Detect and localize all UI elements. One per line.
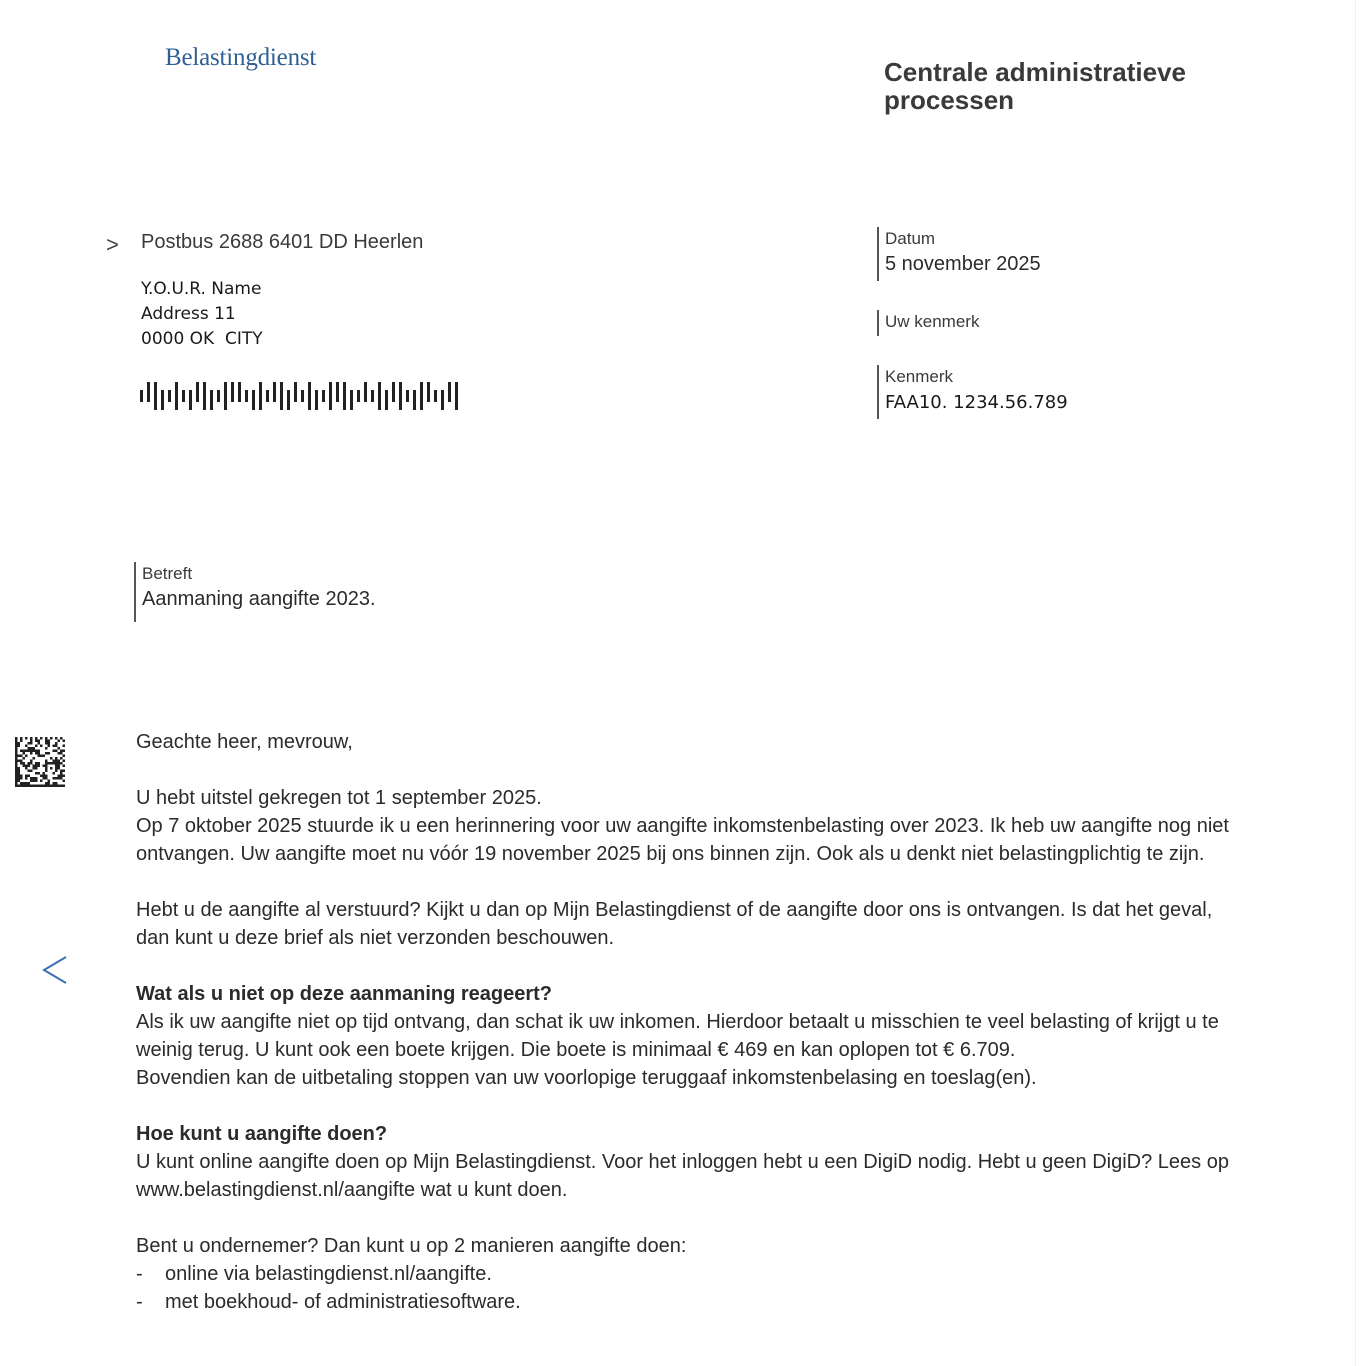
- postal-barcode-icon: [140, 380, 465, 412]
- kenmerk-value: FAA10. 1234.56.789: [885, 389, 1068, 416]
- subject-value: Aanmaning aangifte 2023.: [142, 586, 376, 613]
- scan-edge-line: [1355, 0, 1356, 1366]
- meta-datum: Datum 5 november 2025: [877, 227, 1041, 281]
- subject-label: Betreft: [142, 562, 376, 586]
- department-line-1: Centrale administratieve: [884, 58, 1244, 86]
- salutation: Geachte heer, mevrouw,: [136, 728, 1246, 756]
- fold-mark-chevron-left-icon: [40, 953, 70, 987]
- paragraph-payment-stop: Bovendien kan de uitbetaling stoppen van…: [136, 1064, 1246, 1092]
- belastingdienst-logo: Belastingdienst: [165, 44, 316, 72]
- paragraph-consequences: Als ik uw aangifte niet op tijd ontvang,…: [136, 1008, 1246, 1064]
- paragraph-extension: U hebt uitstel gekregen tot 1 september …: [136, 784, 1246, 812]
- heading-how-to-file: Hoe kunt u aangifte doen?: [136, 1120, 1246, 1148]
- recipient-street: Address 11: [141, 302, 263, 327]
- meta-uw-kenmerk: Uw kenmerk: [877, 310, 979, 336]
- datum-value: 5 november 2025: [885, 251, 1041, 278]
- paragraph-reminder: Op 7 oktober 2025 stuurde ik u een herin…: [136, 812, 1246, 868]
- recipient-name: Y.O.U.R. Name: [141, 277, 263, 302]
- heading-no-response: Wat als u niet op deze aanmaning reageer…: [136, 980, 1246, 1008]
- list-dash: -: [136, 1260, 165, 1288]
- paragraph-entrepreneur: Bent u ondernemer? Dan kunt u op 2 manie…: [136, 1232, 1246, 1260]
- datum-label: Datum: [885, 227, 1041, 251]
- department-name: Centrale administratieve processen: [884, 58, 1244, 114]
- list-item-text: met boekhoud- of administratiesoftware.: [165, 1288, 521, 1316]
- letter-body: Geachte heer, mevrouw, U hebt uitstel ge…: [136, 728, 1246, 1316]
- return-address: Postbus 2688 6401 DD Heerlen: [141, 231, 423, 254]
- paragraph-already-sent: Hebt u de aangifte al verstuurd? Kijkt u…: [136, 896, 1246, 952]
- list-item: - met boekhoud- of administratiesoftware…: [136, 1288, 1246, 1316]
- list-item-text: online via belastingdienst.nl/aangifte.: [165, 1260, 492, 1288]
- recipient-address: Y.O.U.R. Name Address 11 0000 OK CITY: [141, 277, 263, 352]
- list-item: - online via belastingdienst.nl/aangifte…: [136, 1260, 1246, 1288]
- meta-kenmerk: Kenmerk FAA10. 1234.56.789: [877, 365, 1068, 419]
- uw-kenmerk-label: Uw kenmerk: [885, 310, 979, 334]
- kenmerk-label: Kenmerk: [885, 365, 1068, 389]
- return-address-marker: >: [106, 232, 119, 258]
- list-dash: -: [136, 1288, 165, 1316]
- subject-block: Betreft Aanmaning aangifte 2023.: [134, 562, 376, 622]
- datamatrix-code-icon: [15, 737, 65, 787]
- recipient-city: 0000 OK CITY: [141, 327, 263, 352]
- department-line-2: processen: [884, 86, 1244, 114]
- paragraph-online-filing: U kunt online aangifte doen op Mijn Bela…: [136, 1148, 1246, 1204]
